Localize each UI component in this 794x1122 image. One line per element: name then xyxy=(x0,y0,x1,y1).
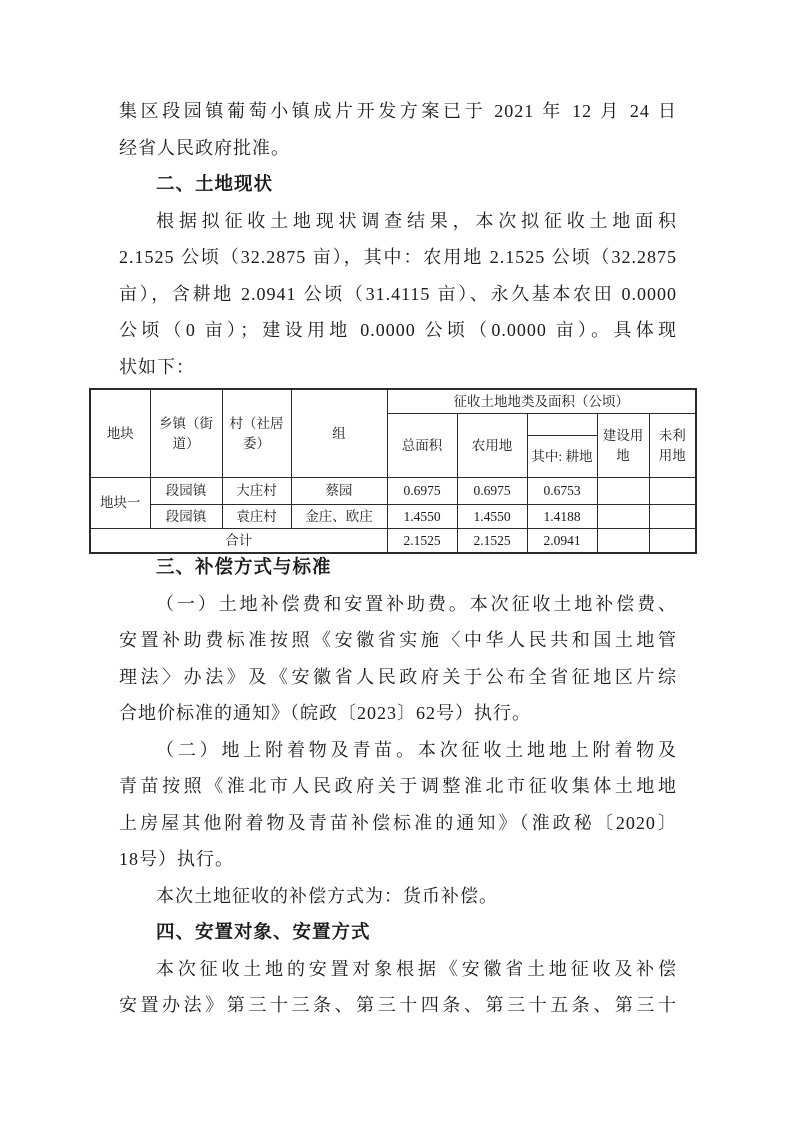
cell-total-area: 0.6975 xyxy=(387,478,457,505)
cell-town: 段园镇 xyxy=(150,478,222,505)
document-page: 集区段园镇葡萄小镇成片开发方案已于 2021 年 12 月 24 日 经省人民政… xyxy=(0,0,794,1122)
text-block-bottom: 三、补偿方式与标准 （一）土地补偿费和安置补助费。本次征收土地补偿费、 安置补助… xyxy=(119,549,677,1024)
body-text-line: 安置办法》第三十三条、第三十四条、第三十五条、第三十 xyxy=(119,987,677,1024)
section-2-heading: 二、土地现状 xyxy=(119,166,677,203)
body-text-line: 根据拟征收土地现状调查结果，本次拟征收土地面积 xyxy=(119,203,677,240)
body-text-line: 安置补助费标准按照《安徽省实施〈中华人民共和国土地管 xyxy=(119,622,677,659)
body-text-line: 本次征收土地的安置对象根据《安徽省土地征收及补偿 xyxy=(119,951,677,988)
body-text-line: 2.1525 公顷（32.2875 亩），其中：农用地 2.1525 公顷（32… xyxy=(119,239,677,276)
cell-plot: 地块一 xyxy=(90,478,150,529)
body-text-line: 18号）执行。 xyxy=(119,841,677,878)
th-agricultural: 农用地 xyxy=(457,414,527,478)
section-4-heading: 四、安置对象、安置方式 xyxy=(119,914,677,951)
th-construction: 建设用地 xyxy=(597,414,649,478)
land-area-table: 地块 乡镇（街道） 村（社居委） 组 征收土地地类及面积（公顷） 总面积 农用地… xyxy=(89,388,697,554)
table-row: 段园镇 袁庄村 金庄、欧庄 1.4550 1.4550 1.4188 xyxy=(90,505,696,529)
cell-group: 金庄、欧庄 xyxy=(291,505,387,529)
cell-town: 段园镇 xyxy=(150,505,222,529)
cell-cultivated: 0.6753 xyxy=(527,478,597,505)
cell-construction xyxy=(597,478,649,505)
text-block-top: 集区段园镇葡萄小镇成片开发方案已于 2021 年 12 月 24 日 经省人民政… xyxy=(119,93,677,385)
body-text-line: 合地价标准的通知》（皖政〔2023〕62号）执行。 xyxy=(119,695,677,732)
body-text-line: 理法〉办法》及《安徽省人民政府关于公布全省征地区片综 xyxy=(119,659,677,696)
section-3-heading: 三、补偿方式与标准 xyxy=(119,549,677,586)
cell-cultivated: 1.4188 xyxy=(527,505,597,529)
body-text-line: （一）土地补偿费和安置补助费。本次征收土地补偿费、 xyxy=(119,586,677,623)
body-text-line: 状如下： xyxy=(119,349,677,386)
th-village: 村（社居委） xyxy=(222,389,291,478)
body-text-line: 公顷（0 亩）；建设用地 0.0000 公顷（0.0000 亩）。具体现 xyxy=(119,312,677,349)
th-plot: 地块 xyxy=(90,389,150,478)
body-text-line: 上房屋其他附着物及青苗补偿标准的通知》（淮政秘〔2020〕 xyxy=(119,805,677,842)
body-text-line: 本次土地征收的补偿方式为：货币补偿。 xyxy=(119,878,677,915)
cell-construction xyxy=(597,505,649,529)
intro-line: 集区段园镇葡萄小镇成片开发方案已于 2021 年 12 月 24 日 xyxy=(119,93,677,130)
cell-unused xyxy=(649,505,696,529)
cell-agricultural: 0.6975 xyxy=(457,478,527,505)
cell-total-area: 1.4550 xyxy=(387,505,457,529)
th-town: 乡镇（街道） xyxy=(150,389,222,478)
body-text-line: 青苗按照《淮北市人民政府关于调整淮北市征收集体土地地 xyxy=(119,768,677,805)
th-area-span: 征收土地地类及面积（公顷） xyxy=(387,389,696,414)
th-group: 组 xyxy=(291,389,387,478)
cell-group: 蔡园 xyxy=(291,478,387,505)
body-text-line: （二）地上附着物及青苗。本次征收土地地上附着物及 xyxy=(119,732,677,769)
th-cultivated-spacer xyxy=(527,414,597,436)
table-row: 地块一 段园镇 大庄村 蔡园 0.6975 0.6975 0.6753 xyxy=(90,478,696,505)
th-total-area: 总面积 xyxy=(387,414,457,478)
th-unused: 未利用地 xyxy=(649,414,696,478)
th-cultivated: 其中: 耕地 xyxy=(527,436,597,478)
intro-line: 经省人民政府批准。 xyxy=(119,130,677,167)
cell-village: 袁庄村 xyxy=(222,505,291,529)
body-text-line: 亩），含耕地 2.0941 公顷（31.4115 亩）、永久基本农田 0.000… xyxy=(119,276,677,313)
cell-unused xyxy=(649,478,696,505)
cell-agricultural: 1.4550 xyxy=(457,505,527,529)
cell-village: 大庄村 xyxy=(222,478,291,505)
